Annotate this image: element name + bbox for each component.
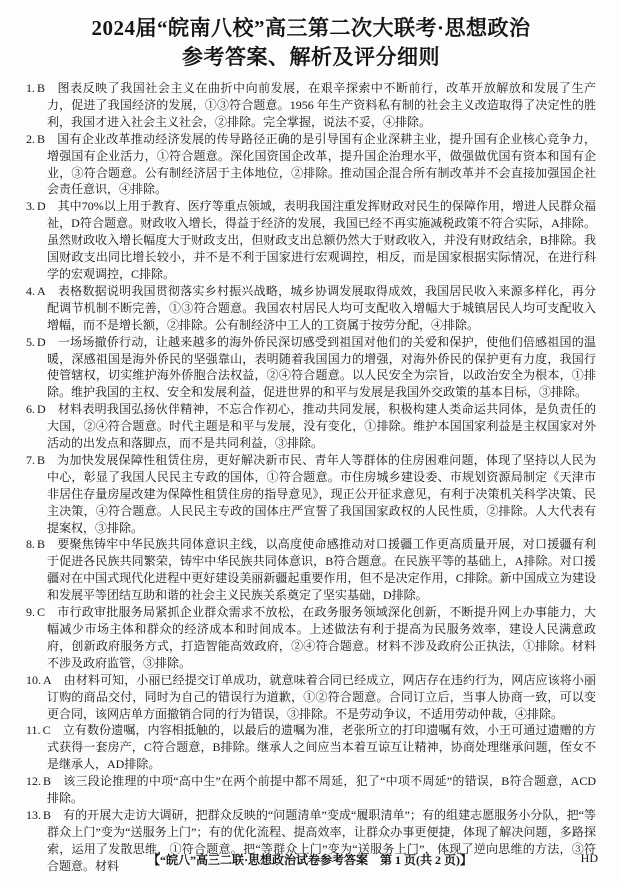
answer-letter: B: [37, 132, 45, 146]
answer-item-9: 9.C市行政审批服务局紧抓企业群众需求不放松，在政务服务领域深化创新，不断提升网…: [26, 604, 596, 672]
answer-item-4: 4.A表格数据说明我国贯彻落实乡村振兴战略，城乡协调发展取得成效，我国居民收入来…: [26, 283, 596, 334]
document-subtitle: 参考答案、解析及评分细则: [26, 43, 596, 72]
answer-letter: B: [43, 774, 51, 788]
answer-item-11: 11.C立有数份遗嘱，内容相抵触的，以最后的遗嘱为准，老张所立的打印遗嘱有效，小…: [26, 722, 596, 773]
answer-explanation: 立有数份遗嘱，内容相抵触的，以最后的遗嘱为准，老张所立的打印遗嘱有效，小王可通过…: [47, 723, 596, 771]
question-number: 9.: [26, 605, 35, 619]
answer-letter: D: [37, 199, 46, 213]
answer-letter: A: [43, 673, 52, 687]
answer-explanation: 图表反映了我国社会主义在曲折中向前发展，在艰辛探索中不断前行，改革开放解放和发展…: [47, 81, 596, 129]
question-number: 8.: [26, 537, 35, 551]
answer-explanation: 其中70%以上用于教育、医疗等重点领域，表明我国注重发挥财政对民生的保障作用，增…: [47, 199, 596, 281]
answer-explanation: 为加快发展保障性租赁住房，更好解决新市民、青年人等群体的住房困难问题，体现了坚持…: [47, 453, 596, 535]
document-page: 2024届“皖南八校”高三第二次大联考·思想政治 参考答案、解析及评分细则 1.…: [0, 0, 620, 881]
question-number: 10.: [26, 673, 41, 687]
question-number: 7.: [26, 453, 35, 467]
answer-item-2: 2.B国有企业改革推动经济发展的传导路径正确的是引导国有企业深耕主业，提升国有企…: [26, 131, 596, 199]
answer-explanation: 材料表明我国弘扬伙伴精神，不忘合作初心，推动共同发展，积极构建人类命运共同体，是…: [47, 402, 596, 450]
answer-explanation: 国有企业改革推动经济发展的传导路径正确的是引导国有企业深耕主业，提升国有企业核心…: [47, 132, 596, 197]
answer-item-10: 10.A由材料可知，小丽已经提交订单成功，就意味着合同已经成立，网店存在违约行为…: [26, 672, 596, 723]
question-number: 13.: [26, 808, 41, 822]
answer-item-12: 12.B该三段论推理的中项“高中生”在两个前提中都不周延，犯了“中项不周延”的错…: [26, 773, 596, 807]
answer-item-6: 6.D材料表明我国弘扬伙伴精神，不忘合作初心，推动共同发展，积极构建人类命运共同…: [26, 401, 596, 452]
answer-explanation: 市行政审批服务局紧抓企业群众需求不放松，在政务服务领域深化创新，不断提升网上办事…: [47, 605, 596, 670]
answer-item-8: 8.B要聚焦铸牢中华民族共同体意识主线，以高度使命感推动对口援疆工作更高质量开展…: [26, 536, 596, 604]
answer-letter: C: [43, 723, 51, 737]
answer-letter: C: [37, 605, 45, 619]
page-footer: 【“皖八”高三二联·思想政治试卷参考答案 第 1 页(共 2 页)】 HD: [0, 851, 620, 867]
answer-key-body: 1.B图表反映了我国社会主义在曲折中向前发展，在艰辛探索中不断前行，改革开放解放…: [26, 80, 596, 875]
document-header: 2024届“皖南八校”高三第二次大联考·思想政治 参考答案、解析及评分细则: [26, 14, 596, 72]
question-number: 2.: [26, 132, 35, 146]
answer-letter: B: [43, 808, 51, 822]
answer-explanation: 由材料可知，小丽已经提交订单成功，就意味着合同已经成立，网店存在违约行为，网店应…: [47, 673, 596, 721]
question-number: 5.: [26, 335, 35, 349]
question-number: 12.: [26, 774, 41, 788]
question-number: 1.: [26, 81, 35, 95]
exam-title: 2024届“皖南八校”高三第二次大联考·思想政治: [26, 14, 596, 43]
answer-explanation: 该三段论推理的中项“高中生”在两个前提中都不周延，犯了“中项不周延”的错误，B符…: [47, 774, 596, 805]
page-code: HD: [581, 851, 598, 866]
answer-explanation: 表格数据说明我国贯彻落实乡村振兴战略，城乡协调发展取得成效，我国居民收入来源多样…: [47, 284, 596, 332]
question-number: 4.: [26, 284, 35, 298]
answer-explanation: 一场场撤侨行动，让越来越多的海外侨民深切感受到祖国对他们的关爱和保护，使他们倍感…: [47, 335, 596, 400]
answer-item-3: 3.D其中70%以上用于教育、医疗等重点领域，表明我国注重发挥财政对民生的保障作…: [26, 198, 596, 283]
answer-letter: D: [37, 402, 46, 416]
answer-letter: B: [37, 537, 45, 551]
answer-explanation: 要聚焦铸牢中华民族共同体意识主线，以高度使命感推动对口援疆工作更高质量开展，对口…: [47, 537, 596, 602]
answer-letter: A: [37, 284, 46, 298]
question-number: 11.: [26, 723, 41, 737]
answer-letter: B: [37, 453, 45, 467]
answer-letter: D: [37, 335, 46, 349]
answer-letter: B: [37, 81, 45, 95]
footer-caption: 【“皖八”高三二联·思想政治试卷参考答案 第 1 页(共 2 页)】: [148, 853, 472, 867]
answer-item-1: 1.B图表反映了我国社会主义在曲折中向前发展，在艰辛探索中不断前行，改革开放解放…: [26, 80, 596, 131]
question-number: 6.: [26, 402, 35, 416]
answer-item-5: 5.D一场场撤侨行动，让越来越多的海外侨民深切感受到祖国对他们的关爱和保护，使他…: [26, 334, 596, 402]
question-number: 3.: [26, 199, 35, 213]
answer-item-7: 7.B为加快发展保障性租赁住房，更好解决新市民、青年人等群体的住房困难问题，体现…: [26, 452, 596, 537]
